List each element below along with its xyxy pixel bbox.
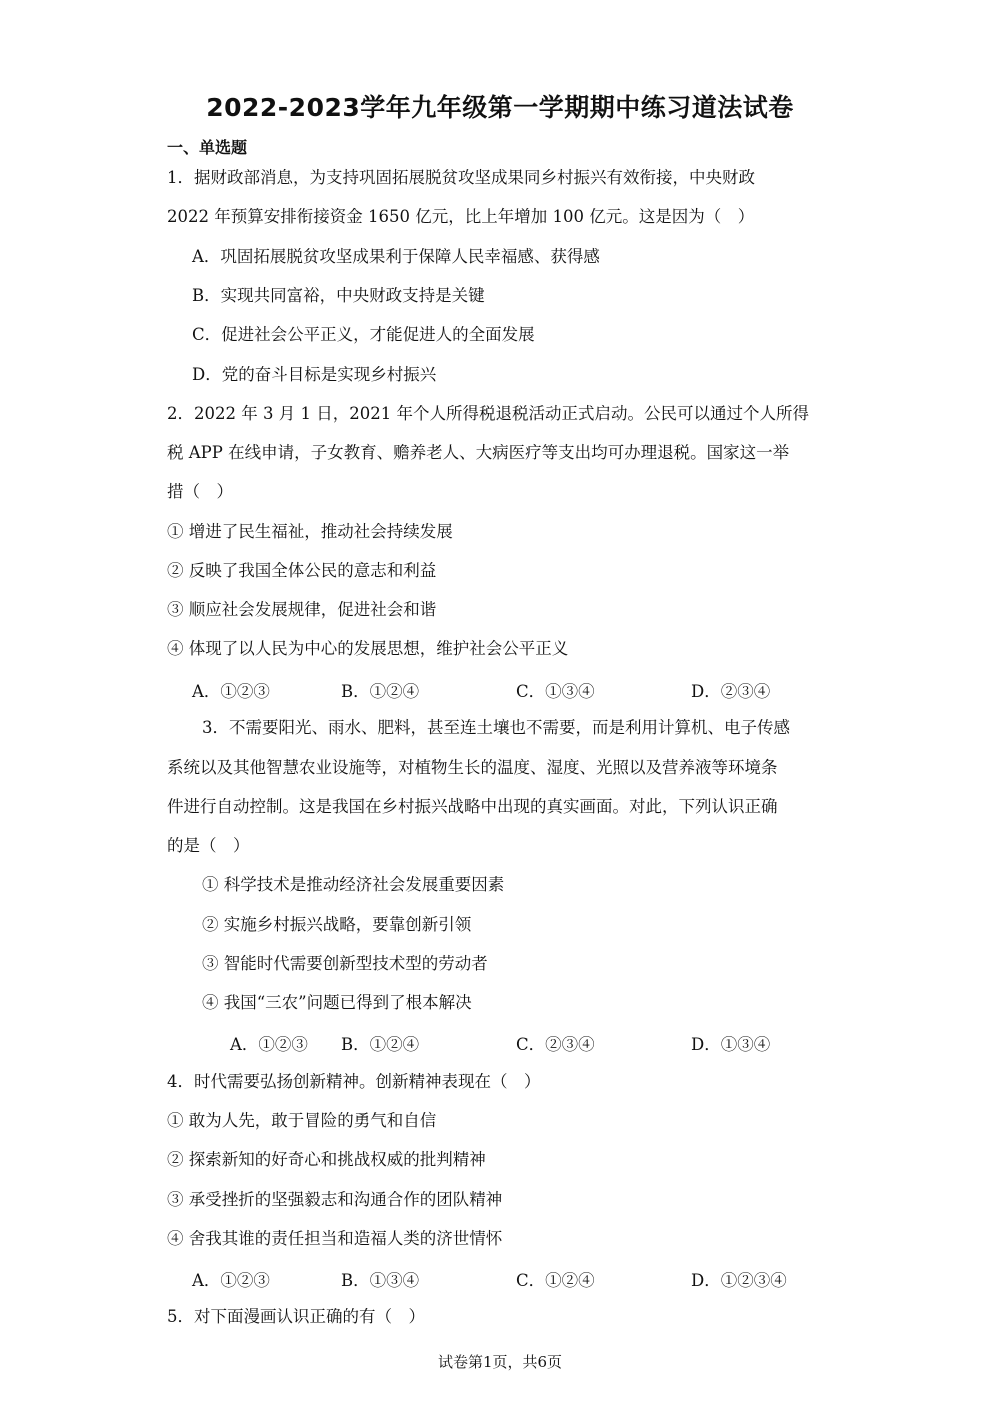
statement-3: ③ 顺应社会发展规律，促进社会和谐 (167, 599, 436, 621)
option-b: B．①③④ (341, 1267, 419, 1291)
question-stem-line: 4．时代需要弘扬创新精神。创新精神表现在（ ） (167, 1071, 541, 1093)
option-a: A．①②③ (192, 1267, 270, 1291)
statement-4: ④ 我国“三农”问题已得到了根本解决 (202, 992, 472, 1014)
question-stem-line: 2．2022 年 3 月 1 日，2021 年个人所得税退税活动正式启动。公民可… (167, 403, 809, 425)
question-stem-line: 措（ ） (167, 481, 233, 503)
statement-4: ④ 舍我其谁的责任担当和造福人类的济世情怀 (167, 1228, 502, 1250)
statement-2: ② 反映了我国全体公民的意志和利益 (167, 560, 436, 582)
option-d: D．②③④ (691, 678, 770, 702)
option-c: C．①②④ (516, 1267, 595, 1291)
statement-1: ① 敢为人先，敢于冒险的勇气和自信 (167, 1110, 436, 1132)
answer-options: A．①②③ B．①②④ C．①③④ D．②③④ (0, 678, 1000, 700)
option-c: C．①③④ (516, 678, 595, 702)
section-heading: 一、单选题 (167, 135, 247, 158)
page-footer: 试卷第1页，共6页 (0, 1351, 1000, 1372)
option-d: D．①②③④ (691, 1267, 787, 1291)
exam-page: 2022-2023学年九年级第一学期期中练习道法试卷 一、单选题 1．据财政部消… (0, 0, 1000, 1414)
option-d: D．①③④ (691, 1031, 770, 1055)
option-c: C．②③④ (516, 1031, 595, 1055)
statement-2: ② 实施乡村振兴战略，要靠创新引领 (202, 914, 471, 936)
statement-3: ③ 智能时代需要创新型技术型的劳动者 (202, 953, 488, 975)
exam-title: 2022-2023学年九年级第一学期期中练习道法试卷 (0, 88, 1000, 124)
question-stem-line: 1．据财政部消息，为支持巩固拓展脱贫攻坚成果同乡村振兴有效衔接，中央财政 (167, 167, 755, 189)
statement-3: ③ 承受挫折的坚强毅志和沟通合作的团队精神 (167, 1189, 502, 1211)
question-stem-line: 2022 年预算安排衔接资金 1650 亿元，比上年增加 100 亿元。这是因为… (167, 206, 754, 228)
option-b: B．①②④ (341, 678, 419, 702)
option-c: C．促进社会公平正义，才能促进人的全面发展 (192, 324, 535, 346)
statement-4: ④ 体现了以人民为中心的发展思想，维护社会公平正义 (167, 638, 568, 660)
option-d: D．党的奋斗目标是实现乡村振兴 (192, 364, 436, 386)
question-stem-line: 税 APP 在线申请，子女教育、赡养老人、大病医疗等支出均可办理退税。国家这一举 (167, 442, 789, 464)
question-stem-line: 5．对下面漫画认识正确的有（ ） (167, 1306, 425, 1328)
question-stem-line: 件进行自动控制。这是我国在乡村振兴战略中出现的真实画面。对此，下列认识正确 (167, 796, 778, 818)
option-b: B．①②④ (341, 1031, 419, 1055)
option-a: A．①②③ (230, 1031, 308, 1055)
statement-1: ① 增进了民生福祉，推动社会持续发展 (167, 521, 453, 543)
option-b: B．实现共同富裕，中央财政支持是关键 (192, 285, 485, 307)
statement-2: ② 探索新知的好奇心和挑战权威的批判精神 (167, 1149, 486, 1171)
question-stem-line: 3．不需要阳光、雨水、肥料，甚至连土壤也不需要，而是利用计算机、电子传感 (202, 717, 790, 739)
answer-options: A．①②③ B．①②④ C．②③④ D．①③④ (0, 1031, 1000, 1053)
question-stem-line: 的是（ ） (167, 835, 250, 857)
statement-1: ① 科学技术是推动经济社会发展重要因素 (202, 874, 504, 896)
answer-options: A．①②③ B．①③④ C．①②④ D．①②③④ (0, 1267, 1000, 1289)
question-stem-line: 系统以及其他智慧农业设施等，对植物生长的温度、湿度、光照以及营养液等环境条 (167, 757, 778, 779)
option-a: A．巩固拓展脱贫攻坚成果利于保障人民幸福感、获得感 (192, 246, 600, 268)
option-a: A．①②③ (192, 678, 270, 702)
